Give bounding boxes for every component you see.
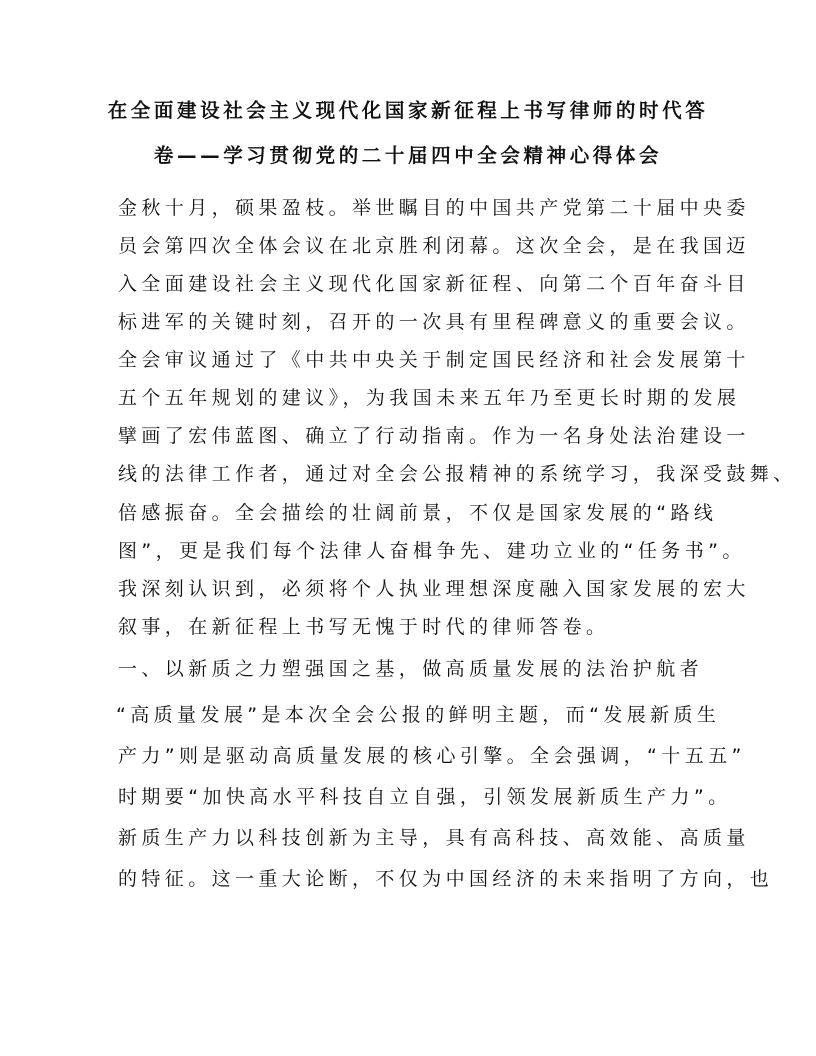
text-line: 线的法律工作者，通过对全会公报精神的系统学习，我深受鼓舞、 — [118, 461, 797, 487]
text-line: 图”，更是我们每个法律人奋楫争先、建功立业的“任务书”。 — [118, 538, 746, 564]
text-line: 时期要“加快高水平科技自立自强，引领发展新质生产力”。 — [118, 784, 732, 810]
section-heading-1: 一、以新质之力塑强国之基，做高质量发展的法治护航者 — [118, 656, 703, 682]
text-line: 叙事，在新征程上书写无愧于时代的律师答卷。 — [118, 614, 609, 640]
document-title-line-1: 在全面建设社会主义现代化国家新征程上书写律师的时代答 — [0, 98, 816, 124]
document-page: 在全面建设社会主义现代化国家新征程上书写律师的时代答 卷——学习贯彻党的二十届四… — [0, 0, 816, 1056]
text-line: 员会第四次全体会议在北京胜利闭幕。这次全会，是在我国迈 — [118, 233, 750, 259]
text-line: 五个五年规划的建议》，为我国未来五年乃至更长时期的发展 — [118, 385, 740, 411]
text-line: 新质生产力以科技创新为主导，具有高科技、高效能、高质量 — [118, 825, 750, 851]
text-line: 全会审议通过了《中共中央关于制定国民经济和社会发展第十 — [118, 347, 750, 373]
text-line: 倍感振奋。全会描绘的壮阔前景，不仅是国家发展的“路线 — [118, 500, 717, 526]
text-line: 的特征。这一重大论断，不仅为中国经济的未来指明了方向，也 — [118, 866, 773, 892]
text-line: “高质量发展”是本次全会公报的鲜明主题，而“发展新质生 — [116, 702, 720, 728]
text-line: 我深刻认识到，必须将个人执业理想深度融入国家发展的宏大 — [118, 576, 750, 602]
text-line: 擘画了宏伟蓝图、确立了行动指南。作为一名身处法治建设一 — [118, 423, 750, 449]
text-line: 产力”则是驱动高质量发展的核心引擎。全会强调，“十五五” — [118, 743, 746, 769]
text-line: 入全面建设社会主义现代化国家新征程、向第二个百年奋斗目 — [118, 271, 750, 297]
text-line: 标进军的关键时刻，召开的一次具有里程碑意义的重要会议。 — [118, 309, 750, 335]
document-title-line-2: 卷——学习贯彻党的二十届四中全会精神心得体会 — [0, 143, 816, 169]
text-line: 金秋十月，硕果盈枝。举世瞩目的中国共产党第二十届中央委 — [118, 195, 750, 221]
